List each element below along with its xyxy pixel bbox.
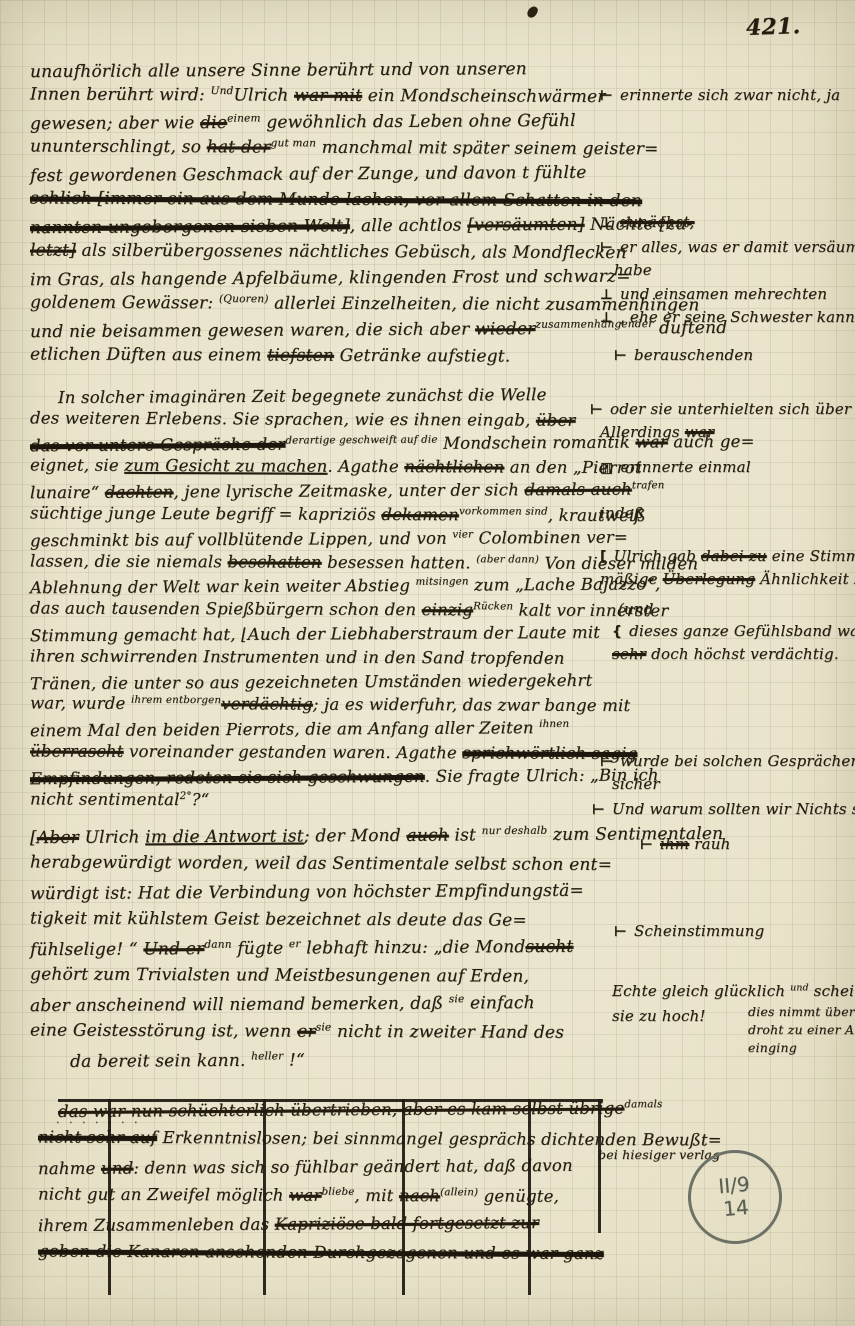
insertion-mark-icon: ⊥ <box>600 215 613 231</box>
struck-text: ihm <box>660 835 689 853</box>
revision-box-line <box>58 1099 603 1102</box>
struck-text: dabei zu <box>701 547 767 565</box>
handwritten-text: wurde bei solchen Gesprächen un= <box>620 752 855 770</box>
handwritten-text: Allerdings <box>600 423 685 441</box>
margin-note-line: ⊥zunächst, <box>600 211 695 234</box>
margin-note-line: ⊢wurde bei solchen Gesprächen un= <box>600 750 855 773</box>
margin-note-line: ⊢erinnerte sich zwar nicht, ja <box>600 84 840 107</box>
margin-note-line: [Ulrich gab dabei zu eine Stimmungl= <box>600 545 855 568</box>
revision-box-line <box>528 1099 531 1295</box>
margin-note-line: (und <box>618 598 654 620</box>
margin-note: ⊥und einsamen mehrechten <box>600 283 827 306</box>
insertion-mark-icon: ⊢ <box>600 88 613 104</box>
handwritten-text: , ehe er seine Schwester kannte, <box>620 308 855 326</box>
margin-note: {dieses ganze Gefühlsband warsehr doch h… <box>612 620 855 665</box>
manuscript-page: 421. unaufhörlich alle unsere Sinne berü… <box>0 0 855 1326</box>
handwritten-text: erinnerte sich zwar nicht, ja <box>620 86 840 104</box>
margin-note-line: ⊥, ehe er seine Schwester kannte, <box>600 306 855 329</box>
struck-text: war <box>685 423 715 441</box>
margin-note: ⊢oder sie unterhielten sich über ihn.All… <box>590 398 855 443</box>
margin-note: indeß <box>600 502 644 524</box>
margin-note-line: ⊢er alles, was er damit versäumt <box>600 236 855 259</box>
handwritten-text: indeß <box>600 504 644 522</box>
margin-note: ⊢Und warum sollten wir Nichts sein!? <box>592 798 855 821</box>
margin-note-line: sicher <box>600 773 855 795</box>
revision-box-line <box>263 1099 266 1295</box>
margin-note-line: sehr doch höchst verdächtig. <box>612 643 855 665</box>
revision-box-line <box>402 1099 405 1295</box>
margin-note: ⊢erinnerte sich zwar nicht, ja <box>600 84 840 107</box>
margin-note: (und <box>618 598 654 620</box>
margin-note-line: ⊢Und warum sollten wir Nichts sein!? <box>592 798 855 821</box>
margin-note-line: einging <box>748 1039 855 1057</box>
handwritten-text: habe <box>614 261 652 279</box>
revision-box-line <box>108 1099 111 1295</box>
margin-note: ⊥, ehe er seine Schwester kannte, <box>600 306 855 329</box>
handwritten-text: bei hiesiger verlag <box>598 1147 720 1162</box>
revision-box-line <box>598 1099 601 1233</box>
handwritten-text: (und <box>618 600 654 618</box>
margin-note-line: ⊢oder sie unterhielten sich über ihn. <box>590 398 855 421</box>
handwritten-text: erinnerte einmal <box>620 458 750 476</box>
handwritten-text: sicher <box>612 775 660 793</box>
handwritten-text: berauschenden <box>634 346 753 364</box>
margin-note: ⊢Scheinstimmung <box>614 920 764 943</box>
pencil-dots: · · · · · · · <box>56 1116 140 1129</box>
handwritten-text: scheint von: <box>809 982 855 1000</box>
handwritten-text: droht zu einer A= <box>748 1022 855 1037</box>
handwritten-text: dies nimmt über <box>748 1004 855 1019</box>
handwritten-text: Ulrich gab <box>614 547 701 565</box>
inserted-text: und <box>790 977 809 999</box>
handwritten-text: dieses ganze Gefühlsband war <box>629 622 855 640</box>
insertion-mark-icon: ⊥ <box>600 310 613 326</box>
handwritten-text: Echte gleich glücklich <box>612 982 790 1000</box>
handwritten-text: Scheinstimmung <box>634 922 764 940</box>
handwritten-text: einging <box>748 1040 797 1055</box>
handwritten-text: Ähnlichkeit zu. <box>755 570 855 588</box>
margin-note-line: ⊢Scheinstimmung <box>614 920 764 943</box>
insertion-mark-icon: ▥ <box>600 460 613 476</box>
margin-note-line: ▥erinnerte einmal <box>600 456 751 479</box>
handwritten-text: Und warum sollten wir Nichts sein!? <box>612 800 855 818</box>
handwritten-text: eine Stimmungl= <box>767 547 855 565</box>
margin-note: [Ulrich gab dabei zu eine Stimmungl=mäßi… <box>600 545 855 590</box>
struck-text: sehr <box>612 645 646 663</box>
handwritten-text: er alles, was er damit versäumt <box>620 238 855 256</box>
insertion-mark-icon: ⊥ <box>600 287 613 303</box>
struck-text: zunächst, <box>620 213 695 231</box>
margin-note: ⊢wurde bei solchen Gesprächen un=sicher <box>600 750 855 795</box>
margin-note: bei hiesiger verlag <box>598 1146 720 1164</box>
handwritten-text: sie zu hoch! <box>612 1007 706 1025</box>
margin-note-line: bei hiesiger verlag <box>598 1146 720 1164</box>
margin-note: ⊢ihm rauh <box>640 833 731 856</box>
handwritten-text: rauh <box>689 835 730 853</box>
margin-note-line: dies nimmt über <box>748 1003 855 1021</box>
margin-note-line: {dieses ganze Gefühlsband war <box>612 620 855 643</box>
handwritten-text: doch höchst verdächtig. <box>646 645 839 663</box>
struck-text: Überlegung <box>663 570 756 588</box>
margin-note: dies nimmt überdroht zu einer A=einging <box>748 1003 855 1057</box>
insertion-mark-icon: ⊢ <box>640 837 653 853</box>
margin-note-line: mäßige Überlegung Ähnlichkeit zu. <box>600 568 855 590</box>
insertion-mark-icon: { <box>612 624 622 640</box>
insertion-mark-icon: ⊢ <box>614 348 627 364</box>
margin-note: ⊢berauschenden <box>614 344 753 367</box>
margin-note-line: indeß <box>600 502 644 524</box>
insertion-mark-icon: ⊢ <box>614 924 627 940</box>
handwritten-text: und einsamen mehrechten <box>620 285 827 303</box>
insertion-mark-icon: ⊢ <box>590 402 603 418</box>
margin-note-line: Echte gleich glücklich und scheint von: … <box>612 980 855 1005</box>
margin-note-line: droht zu einer A= <box>748 1021 855 1039</box>
handwritten-text: mäßige <box>600 570 663 588</box>
insertion-mark-icon: ⊢ <box>600 754 613 770</box>
margin-note-line: ⊥und einsamen mehrechten <box>600 283 827 306</box>
handwritten-text: oder sie unterhielten sich über ihn. <box>610 400 855 418</box>
insertion-mark-icon: ⊢ <box>592 802 605 818</box>
margin-note: ▥erinnerte einmal <box>600 456 751 479</box>
margin-note: ⊥zunächst, <box>600 211 695 234</box>
margin-note: ⊢er alles, was er damit versäumthabe <box>600 236 855 281</box>
margin-note-line: Allerdings war <box>590 421 855 443</box>
margin-note-line: habe <box>600 259 855 281</box>
insertion-mark-icon: [ <box>600 549 607 565</box>
archive-stamp-line2: 14 <box>722 1196 749 1221</box>
insertion-mark-icon: ⊢ <box>600 240 613 256</box>
margin-note-line: ⊢berauschenden <box>614 344 753 367</box>
margin-note-line: ⊢ihm rauh <box>640 833 731 856</box>
